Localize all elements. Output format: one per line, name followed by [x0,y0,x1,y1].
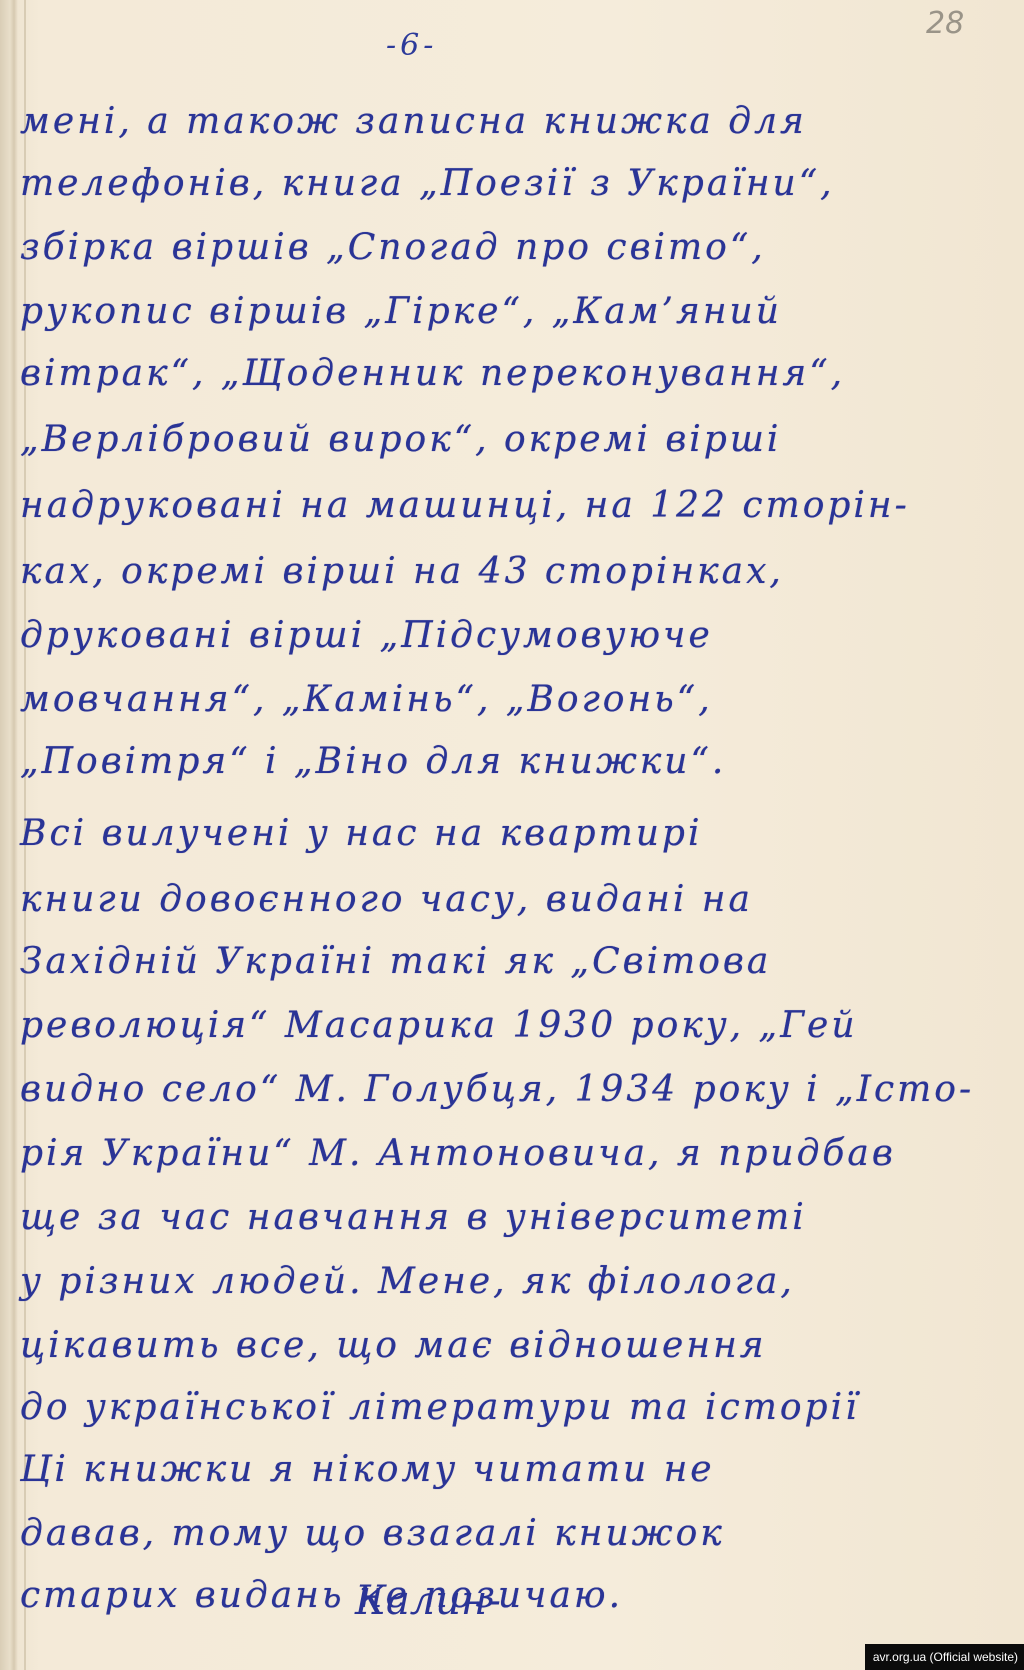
text-line: Ці книжки я нікому читати не [20,1448,1010,1492]
source-watermark: avr.org.ua (Official website) [865,1644,1024,1670]
text-line: у різних людей. Мене, як філолога, [20,1260,1010,1304]
text-line: ще за час навчання в університеті [20,1196,1010,1240]
text-line: „Верлібровий вирок“, окремі вірші [20,418,1010,462]
text-line: „Повітря“ і „Віно для книжки“. [20,740,1010,784]
signature: Калин- [355,1578,501,1624]
text-line: мовчання“, „Камінь“, „Вогонь“, [20,678,1010,722]
text-line: Західній Україні такі як „Світова [20,940,1010,984]
text-line: революція“ Масарика 1930 року, „Гей [20,1004,1010,1048]
text-line: рукопис віршів „Гірке“, „Кам’яний [20,290,1010,334]
text-line: книги довоєнного часу, видані на [20,878,1010,922]
folio-number: 28 [926,6,964,41]
text-line: мені, а також записна книжка для [20,100,1010,144]
text-line: Всі вилучені у нас на квартирі [20,812,1010,856]
text-line: видно село“ М. Голубця, 1934 року і „Іст… [20,1068,1010,1112]
text-line: телефонів, книга „Поезії з України“, [20,162,1010,206]
scanned-page: 28 -6- мені, а також записна книжка для … [0,0,1024,1670]
text-line: давав, тому що взагалі книжок [20,1512,1010,1556]
text-line: старих видань не позичаю. [20,1574,1010,1618]
text-line: до української літератури та історії [20,1386,1010,1430]
page-number: -6- [386,28,437,63]
text-line: ках, окремі вірші на 43 сторінках, [20,550,1010,594]
text-line: друковані вірші „Підсумовуюче [20,614,1010,658]
text-line: цікавить все, що має відношення [20,1324,1010,1368]
text-line: рія України“ М. Антоновича, я придбав [20,1132,1010,1176]
text-line: збірка віршів „Спогад про світо“, [20,226,1010,270]
text-line: надруковані на машинці, на 122 сторін- [20,484,1010,528]
text-line: вітрак“, „Щоденник переконування“, [20,352,1010,396]
